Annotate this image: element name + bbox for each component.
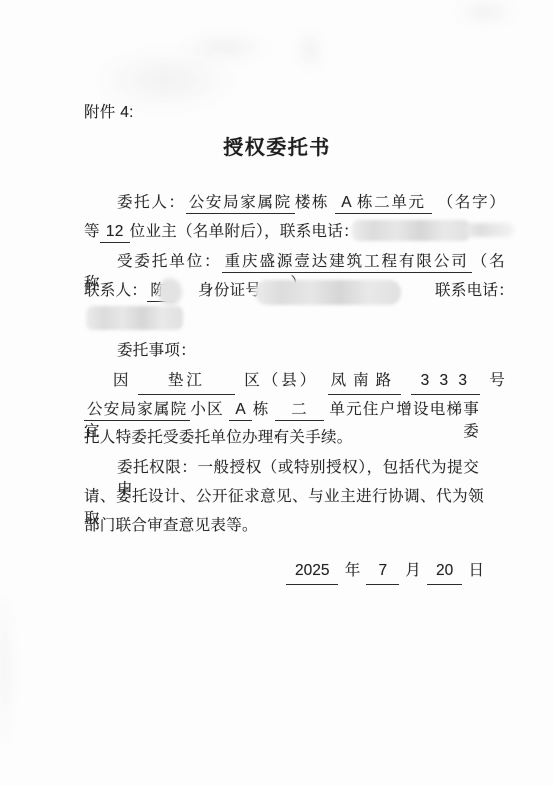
date-line: 2025 年 7 月 20 日 — [286, 560, 484, 585]
unit-blank: 二 — [275, 401, 324, 421]
redacted-contact-name — [158, 278, 182, 306]
principal-name-note: （名字） — [438, 194, 505, 211]
etc-word: 等 — [84, 223, 100, 240]
agent-label: 受委托单位： — [84, 253, 222, 270]
date-day-label: 日 — [468, 560, 484, 582]
principal-building-word: 楼栋 — [295, 194, 329, 211]
estate-word: 小区 — [190, 401, 223, 418]
road-underlined: 凤南路 — [328, 370, 402, 395]
scan-ghost-smudge — [290, 20, 330, 80]
agent-company-underlined: 重庆盛源壹达建筑工程有限公司 — [222, 253, 472, 273]
principal-unit-blank: A 栋二单元 — [335, 194, 432, 214]
owner-count-underlined: 12 — [100, 223, 130, 243]
community-underlined: 公安局家属院 — [84, 401, 190, 421]
scan-ghost-smudge — [440, 0, 530, 32]
contact-label: 联系人： — [84, 282, 147, 299]
principal-line-2: 等12位业主（名单附后），联系电话： — [84, 221, 359, 243]
district-blank: 垫江 — [138, 370, 235, 395]
principal-line-1: 委托人：公安局家属院楼栋 A 栋二单元 （名字） — [84, 192, 505, 214]
because-word: 因 — [113, 370, 129, 392]
county-text: 区（县） — [244, 370, 318, 392]
block-word: 栋 — [252, 401, 270, 418]
street-no-blank: 3 3 3 — [411, 370, 480, 395]
scan-edge-shadow — [0, 560, 16, 780]
phone-label: 联系电话： — [435, 282, 514, 299]
scan-ghost-smudge — [160, 25, 290, 70]
redacted-id-number — [255, 280, 401, 305]
owners-rest: 位业主（名单附后），联系电话： — [130, 223, 359, 240]
redacted-owner-phone-tail — [466, 223, 514, 237]
principal-community-underlined: 公安局家属院 — [186, 194, 295, 214]
date-year-underlined: 2025 — [286, 560, 338, 585]
date-day-underlined: 20 — [427, 560, 462, 585]
no-word: 号 — [489, 370, 505, 392]
authority-line-3: 部门联合审查意见表等。 — [84, 515, 258, 537]
attachment-label: 附件 4: — [84, 102, 134, 124]
date-year-label: 年 — [345, 560, 361, 582]
principal-label: 委托人： — [84, 194, 186, 211]
redacted-owner-phone — [352, 220, 470, 241]
redacted-agent-phone — [86, 306, 183, 330]
matters-heading: 委托事项： — [84, 340, 196, 362]
matters-line-3: 托人特委托受委托单位办理有关手续。 — [84, 427, 353, 449]
document-page: 附件 4: 授权委托书 委托人：公安局家属院楼栋 A 栋二单元 （名字） 等12… — [0, 0, 554, 786]
location-line: 因 垫江 区（县） 凤南路 3 3 3 号 — [113, 370, 505, 395]
date-month-label: 月 — [405, 560, 421, 582]
document-title: 授权委托书 — [0, 131, 554, 160]
block-blank: A — [229, 401, 252, 421]
date-month-underlined: 7 — [366, 560, 399, 585]
